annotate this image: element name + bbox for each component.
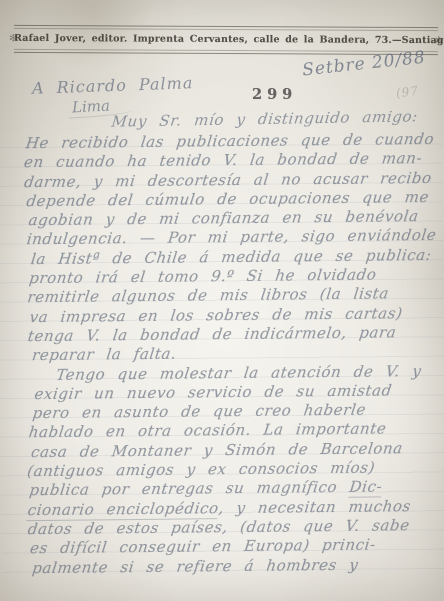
letter-salutation: Muy Sr. mío y distinguido amigo:	[111, 107, 419, 130]
pencil-annotation: (97	[395, 83, 420, 100]
underlined-phrase: Dic-	[348, 478, 383, 498]
letterhead-ornament-right-icon: ✻	[435, 36, 443, 47]
letterhead: ✻ Rafael Jover, editor. Imprenta Cervant…	[14, 25, 438, 55]
letterhead-text: Rafael Jover, editor. Imprenta Cervantes…	[14, 26, 444, 55]
handwritten-line: palmente si se refiere á hombres y	[27, 554, 435, 578]
letter-body: He recibido las publicaciones que de cua…	[24, 130, 435, 578]
letter-addressee: A Ricardo Palma	[32, 73, 194, 98]
page-number-stamp: 299	[252, 86, 297, 103]
scanned-letter-page: ✻ Rafael Jover, editor. Imprenta Cervant…	[0, 0, 444, 601]
